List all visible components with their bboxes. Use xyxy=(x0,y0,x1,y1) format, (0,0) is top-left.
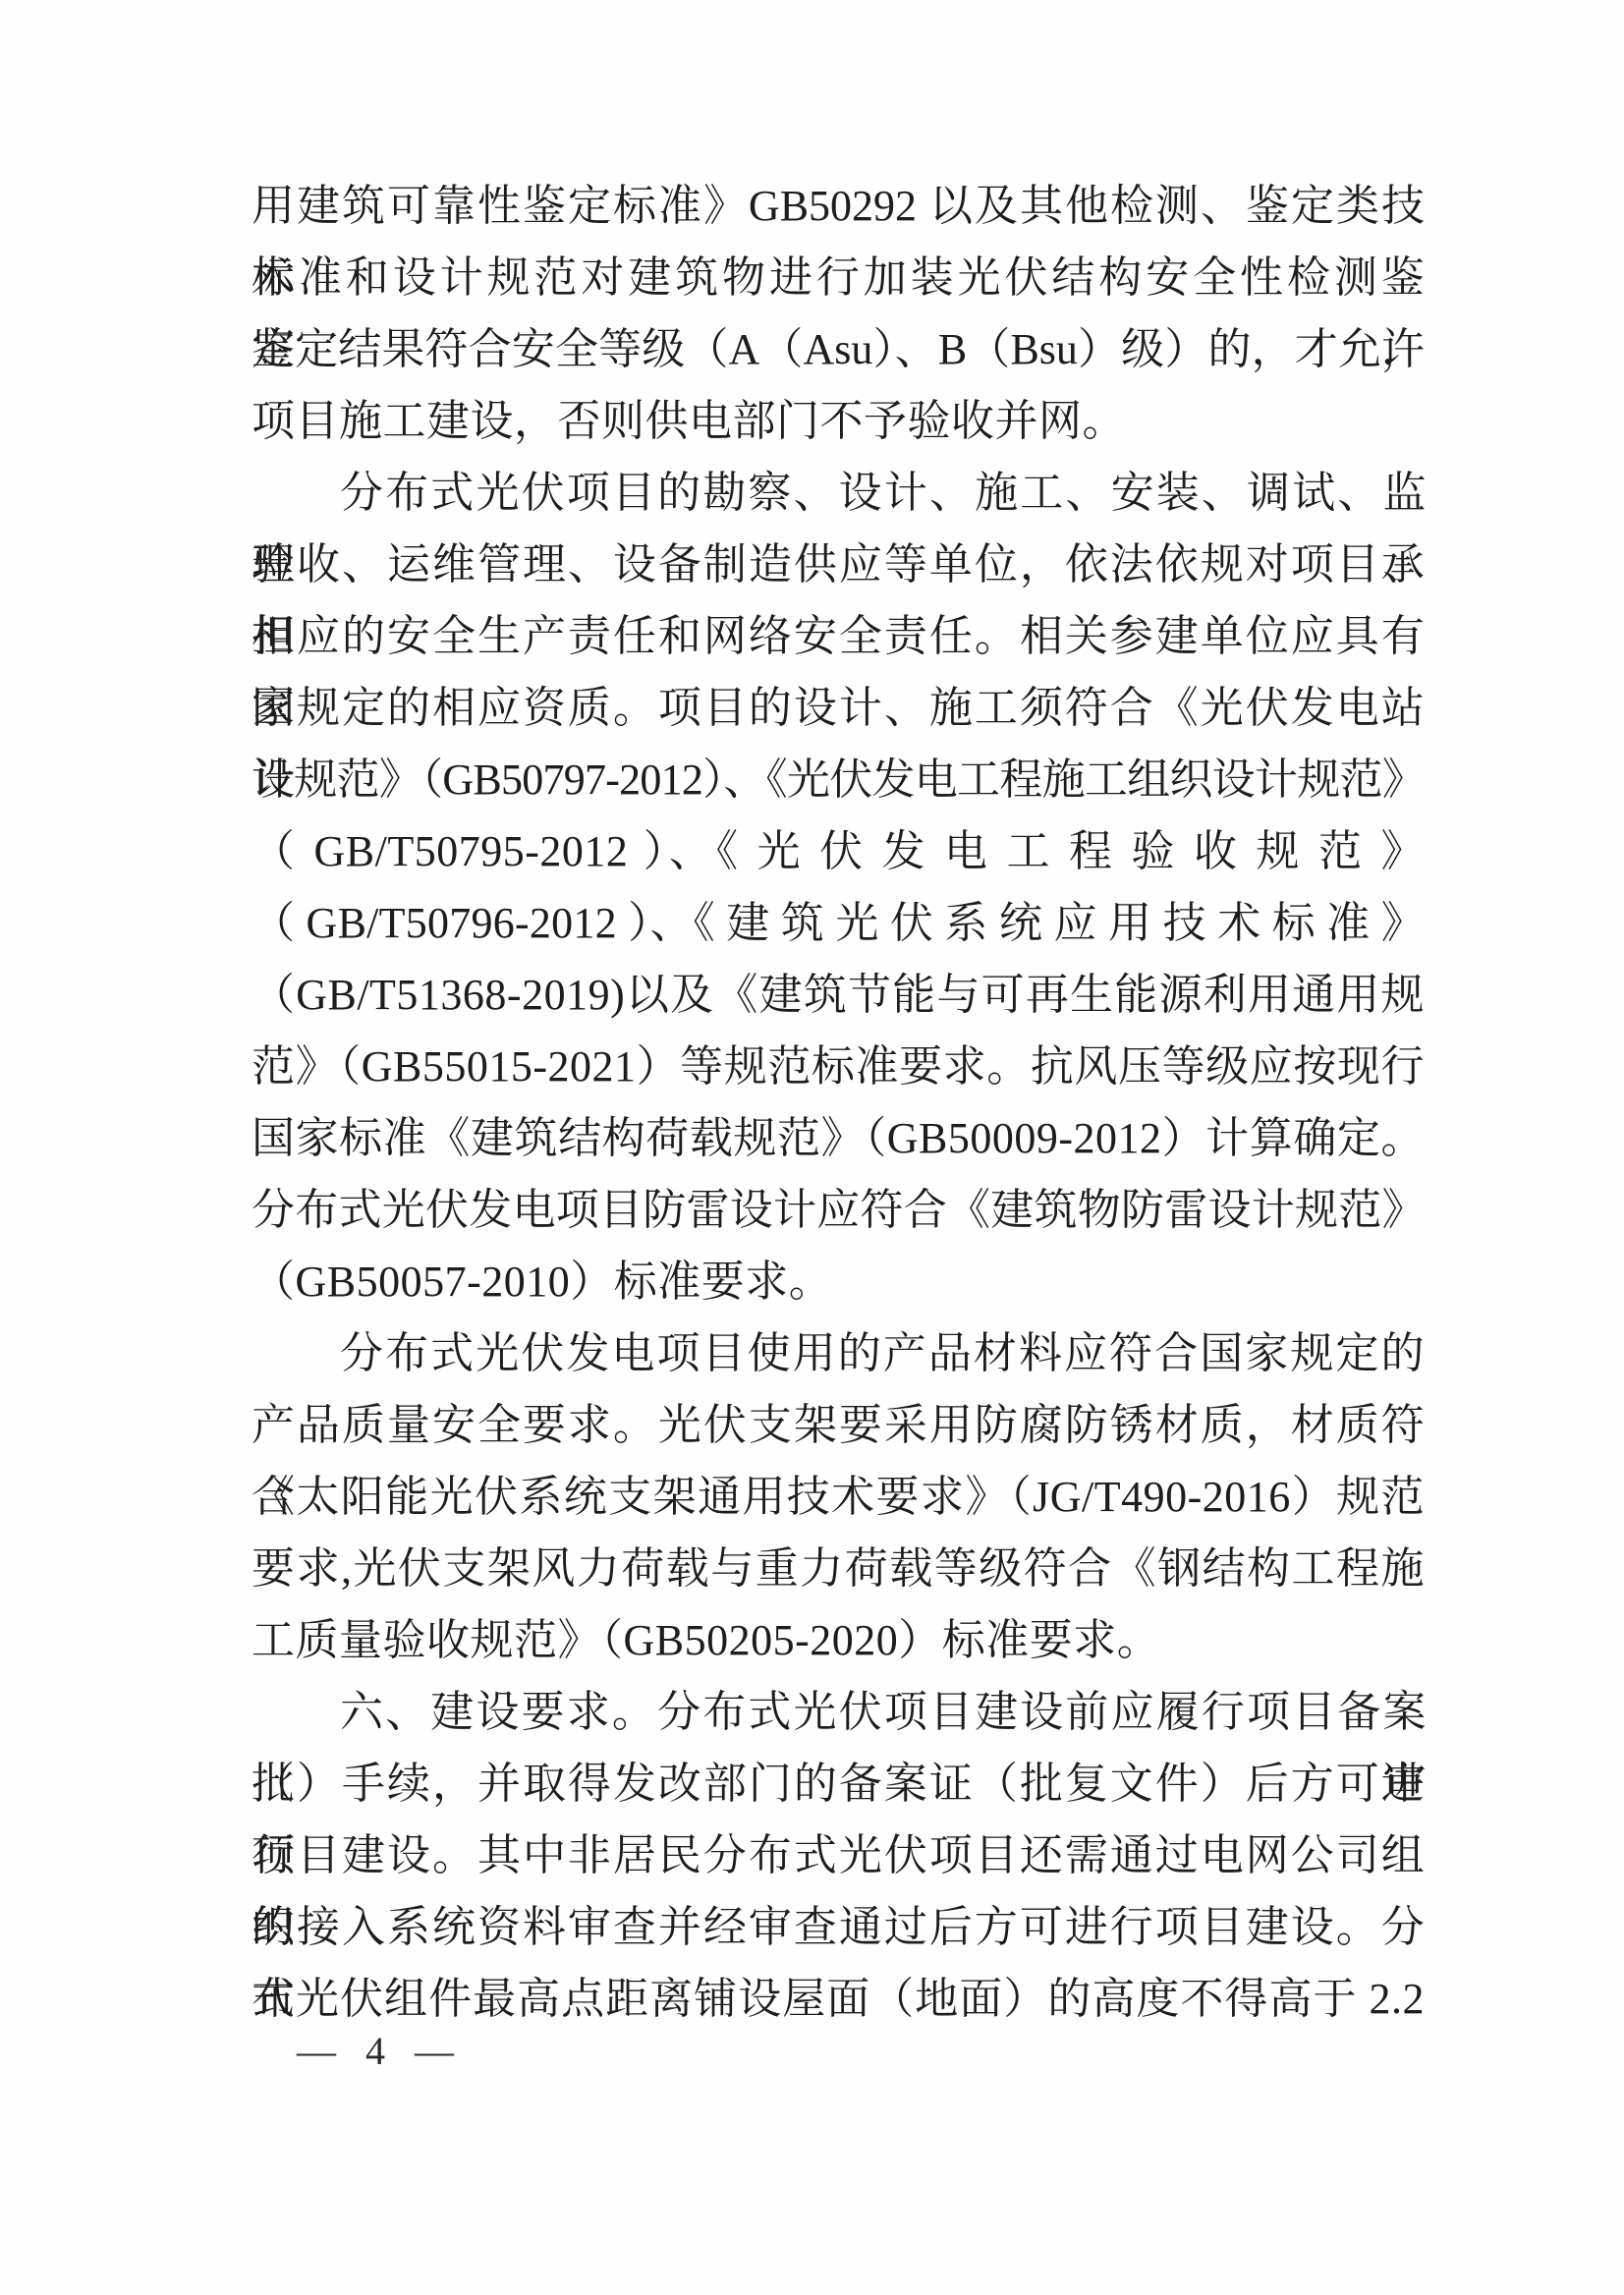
text-line-24: 项目建设。其中非居民分布式光伏项目还需通过电网公司组织 xyxy=(252,1819,1425,1891)
text-line-3: 鉴定结果符合安全等级（A（Asu）、B（Bsu）级）的，才允许 xyxy=(252,313,1425,385)
text-line-25: 的接入系统资料审查并经审查通过后方可进行项目建设。分布 xyxy=(252,1891,1425,1963)
text-line-2: 标准和设计规范对建筑物进行加装光伏结构安全性检测鉴定， xyxy=(252,242,1425,313)
page-number: — 4 — xyxy=(297,2026,464,2077)
document-page: 用建筑可靠性鉴定标准》GB50292 以及其他检测、鉴定类技术标准和设计规范对建… xyxy=(0,0,1624,2295)
text-line-10: （ GB/T50795-2012 ）、《 光 伏 发 电 工 程 验 收 规 范… xyxy=(252,815,1425,887)
text-line-9: 计规范》（GB50797-2012）、《光伏发电工程施工组织设计规范》 xyxy=(252,744,1425,815)
text-line-6: 验收、运维管理、设备制造供应等单位，依法依规对项目承担 xyxy=(252,529,1425,600)
text-line-1: 用建筑可靠性鉴定标准》GB50292 以及其他检测、鉴定类技术 xyxy=(252,170,1425,242)
text-line-23: 批）手续，并取得发改部门的备案证（批复文件）后方可进行 xyxy=(252,1748,1425,1819)
text-line-22: 六、建设要求。分布式光伏项目建设前应履行项目备案（审 xyxy=(252,1676,1425,1748)
text-line-15: 分布式光伏发电项目防雷设计应符合《建筑物防雷设计规范》 xyxy=(252,1174,1425,1246)
text-line-21: 工质量验收规范》（GB50205-2020）标准要求。 xyxy=(252,1604,1425,1676)
text-line-19: 《太阳能光伏系统支架通用技术要求》（JG/T490-2016）规范 xyxy=(252,1461,1425,1533)
text-line-18: 产品质量安全要求。光伏支架要采用防腐防锈材质，材质符合 xyxy=(252,1389,1425,1461)
text-line-8: 家规定的相应资质。项目的设计、施工须符合《光伏发电站设 xyxy=(252,672,1425,744)
text-line-16: （GB50057-2010）标准要求。 xyxy=(252,1246,1425,1317)
text-line-11: （ GB/T50796-2012 ）、《 建 筑 光 伏 系 统 应 用 技 术… xyxy=(252,887,1425,959)
text-line-4: 项目施工建设，否则供电部门不予验收并网。 xyxy=(252,385,1425,457)
text-line-14: 国家标准《建筑结构荷载规范》（GB50009-2012）计算确定。 xyxy=(252,1102,1425,1174)
text-line-17: 分布式光伏发电项目使用的产品材料应符合国家规定的 xyxy=(252,1317,1425,1389)
text-line-5: 分布式光伏项目的勘察、设计、施工、安装、调试、监理、 xyxy=(252,457,1425,529)
text-line-7: 相应的安全生产责任和网络安全责任。相关参建单位应具有国 xyxy=(252,600,1425,672)
text-line-20: 要求,光伏支架风力荷载与重力荷载等级符合《钢结构工程施 xyxy=(252,1533,1425,1604)
text-line-13: 范》（GB55015-2021）等规范标准要求。抗风压等级应按现行 xyxy=(252,1031,1425,1102)
text-block: 用建筑可靠性鉴定标准》GB50292 以及其他检测、鉴定类技术标准和设计规范对建… xyxy=(252,170,1425,2035)
text-line-12: （GB/T51368-2019)以及《建筑节能与可再生能源利用通用规 xyxy=(252,959,1425,1031)
text-line-26: 式光伏组件最高点距离铺设屋面（地面）的高度不得高于 2.2 xyxy=(252,1963,1425,2035)
